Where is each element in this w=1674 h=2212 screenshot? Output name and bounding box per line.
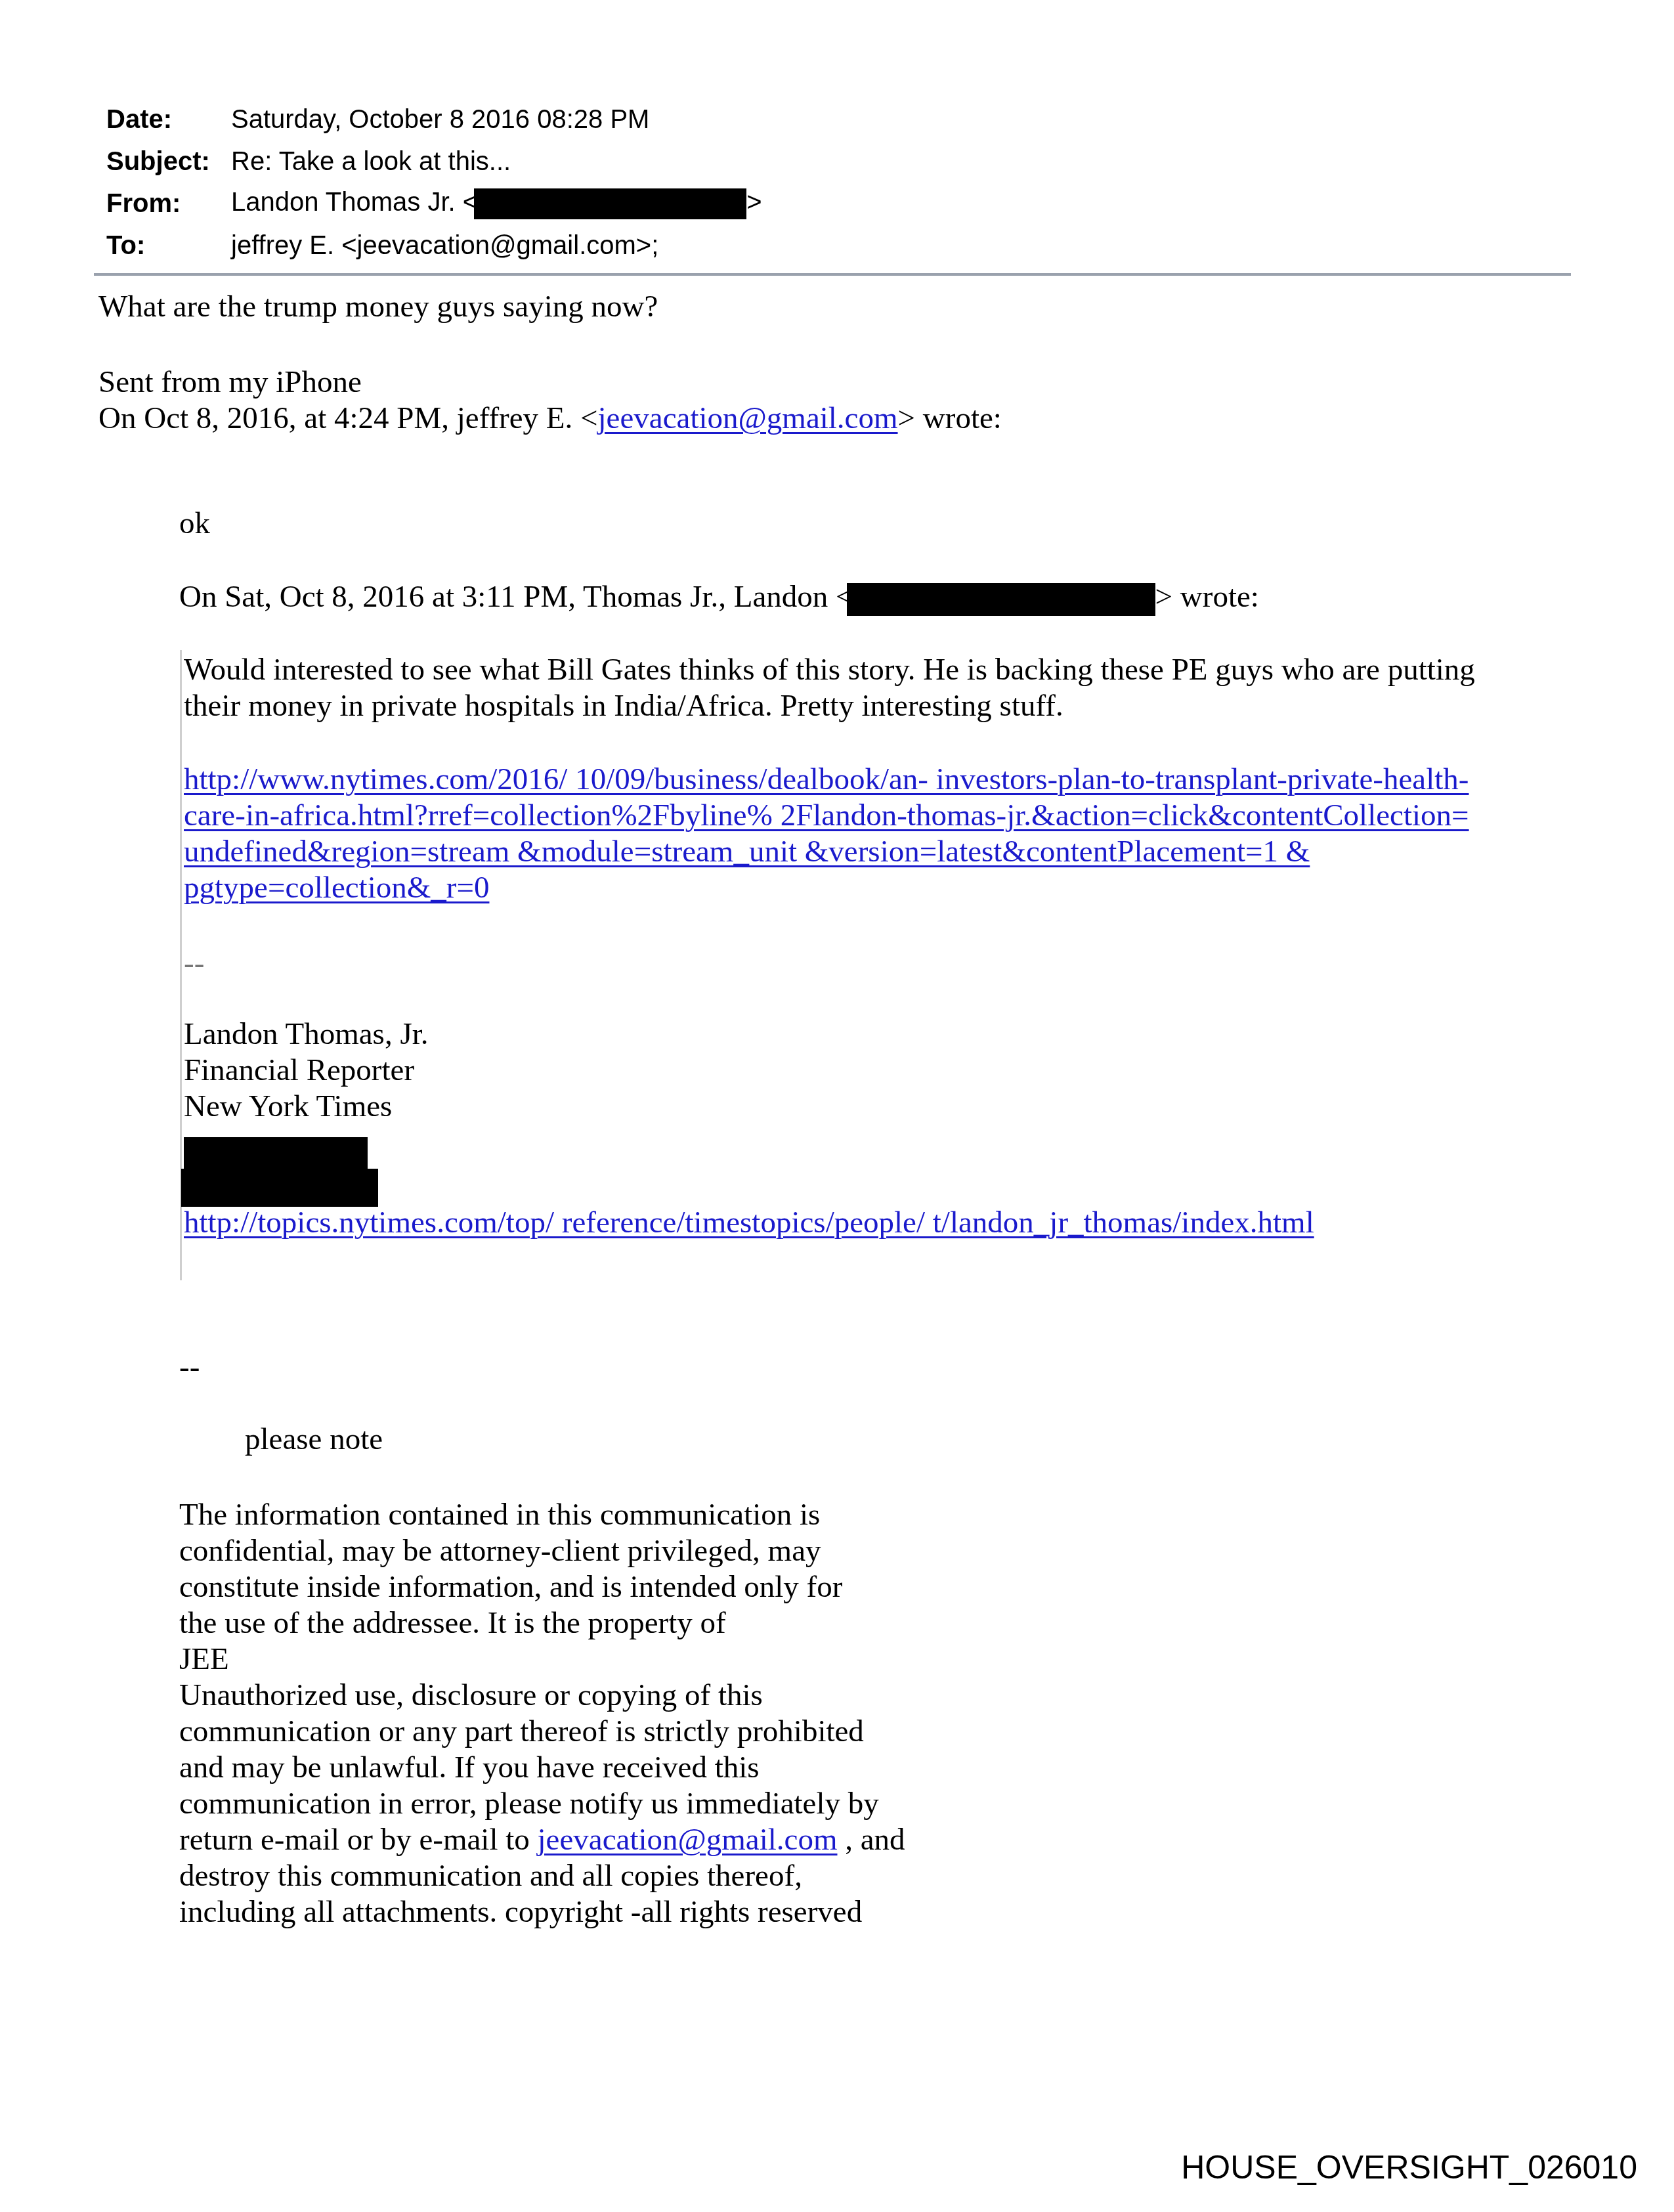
disclaimer-email-prefix: return e-mail or by e-mail to — [179, 1823, 538, 1857]
disclaimer-line: The information contained in this commun… — [179, 1497, 905, 1533]
signature-block: Landon Thomas, Jr. Financial Reporter Ne… — [184, 1016, 429, 1125]
quote2-header-prefix: On Sat, Oct 8, 2016 at 3:11 PM, Thomas J… — [179, 580, 853, 614]
redaction-box — [181, 1169, 378, 1207]
to-value: jeffrey E. <jeevacation@gmail.com>; — [231, 231, 658, 261]
disclaimer-line: and may be unlawful. If you have receive… — [179, 1750, 905, 1786]
quote2-header-suffix: > wrote: — [1155, 580, 1259, 614]
article-link-line[interactable]: care-in-africa.html?rref=collection%2Fby… — [184, 798, 1469, 833]
quote1-text: ok — [179, 506, 210, 542]
subject-label: Subject: — [106, 147, 231, 177]
disclaimer-line: Unauthorized use, disclosure or copying … — [179, 1678, 905, 1714]
from-value: Landon Thomas Jr. <> — [231, 188, 762, 219]
quote1-header: On Oct 8, 2016, at 4:24 PM, jeffrey E. <… — [98, 401, 1002, 437]
disclaimer-email-link[interactable]: jeevacation@gmail.com — [538, 1823, 838, 1857]
header-date-row: Date: Saturday, October 8 2016 08:28 PM — [106, 98, 1570, 141]
signature-title: Financial Reporter — [184, 1052, 429, 1089]
disclaimer: The information contained in this commun… — [179, 1497, 905, 1930]
date-value: Saturday, October 8 2016 08:28 PM — [231, 105, 649, 135]
quote2-line: Would interested to see what Bill Gates … — [184, 652, 1475, 688]
disclaimer-separator: -- — [179, 1349, 200, 1385]
header-to-row: To: jeffrey E. <jeevacation@gmail.com>; — [106, 225, 1570, 267]
article-link-line[interactable]: http://www.nytimes.com/2016/ 10/09/busin… — [184, 762, 1469, 796]
disclaimer-email-suffix: , and — [838, 1823, 905, 1857]
subject-value: Re: Take a look at this... — [231, 147, 511, 177]
from-name: Landon Thomas Jr. < — [231, 188, 478, 217]
article-link-line[interactable]: pgtype=collection&_r=0 — [184, 871, 489, 905]
disclaimer-line: destroy this communication and all copie… — [179, 1858, 905, 1894]
disclaimer-email-line: return e-mail or by e-mail to jeevacatio… — [179, 1822, 905, 1858]
disclaimer-line: the use of the addressee. It is the prop… — [179, 1605, 905, 1641]
disclaimer-line: confidential, may be attorney-client pri… — [179, 1533, 905, 1569]
redaction-box — [474, 188, 746, 219]
signature-org: New York Times — [184, 1089, 429, 1125]
redaction-box — [847, 583, 1155, 616]
signature-link-row: http://topics.nytimes.com/top/ reference… — [184, 1205, 1314, 1241]
reply-text: What are the trump money guys saying now… — [98, 289, 658, 325]
disclaimer-line: communication or any part thereof is str… — [179, 1714, 905, 1750]
quote1-header-suffix: > wrote: — [898, 401, 1002, 435]
bates-number: HOUSE_OVERSIGHT_026010 — [1181, 2148, 1637, 2186]
article-link-line[interactable]: undefined&region=stream &module=stream_u… — [184, 835, 1310, 869]
signature-link[interactable]: http://topics.nytimes.com/top/ reference… — [184, 1205, 1314, 1240]
disclaimer-line: communication in error, please notify us… — [179, 1786, 905, 1822]
disclaimer-line: JEE — [179, 1641, 905, 1678]
disclaimer-line: constitute inside information, and is in… — [179, 1569, 905, 1605]
header-subject-row: Subject: Re: Take a look at this... — [106, 141, 1570, 183]
quote1-header-prefix: On Oct 8, 2016, at 4:24 PM, jeffrey E. < — [98, 401, 598, 435]
disclaimer-line: including all attachments. copyright -al… — [179, 1894, 905, 1930]
header-divider — [94, 273, 1571, 276]
header-from-row: From: Landon Thomas Jr. <> — [106, 183, 1570, 225]
quote2-header: On Sat, Oct 8, 2016 at 3:11 PM, Thomas J… — [179, 579, 1259, 616]
quote2-body: Would interested to see what Bill Gates … — [184, 652, 1475, 724]
to-label: To: — [106, 231, 231, 261]
from-label: From: — [106, 189, 231, 219]
redaction-box — [184, 1137, 368, 1170]
quote1-email-link[interactable]: jeevacation@gmail.com — [598, 401, 898, 435]
signature-separator: -- — [184, 945, 204, 982]
please-note: please note — [245, 1421, 383, 1458]
article-link: http://www.nytimes.com/2016/ 10/09/busin… — [184, 762, 1469, 906]
quote2-line: their money in private hospitals in Indi… — [184, 688, 1475, 724]
from-suffix: > — [746, 188, 762, 217]
sent-from-signature: Sent from my iPhone — [98, 364, 362, 401]
email-header: Date: Saturday, October 8 2016 08:28 PM … — [106, 98, 1570, 267]
signature-name: Landon Thomas, Jr. — [184, 1016, 429, 1052]
date-label: Date: — [106, 105, 231, 135]
